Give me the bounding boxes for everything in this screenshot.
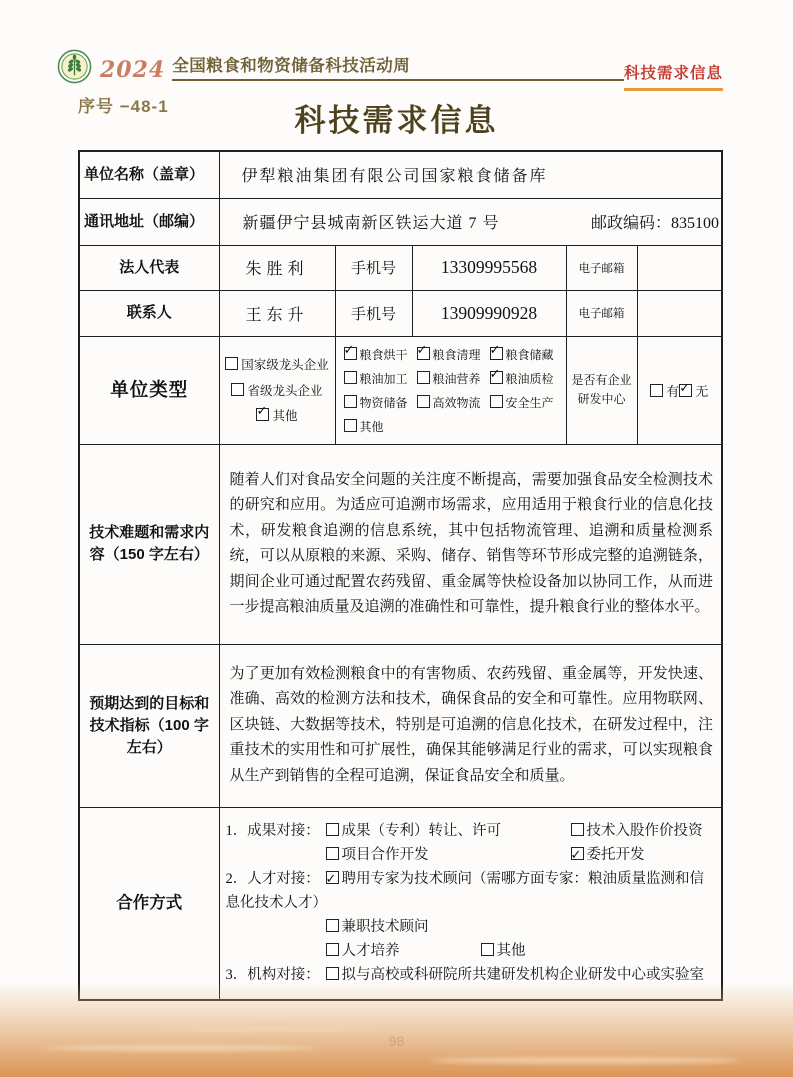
expected-goal-text: 为了更加有效检测粮食中的有害物质、农药残留、重金属等，开发快速、准确、高效的检测…	[219, 644, 722, 807]
option-label: 其他	[272, 409, 297, 423]
checkbox-unchecked-icon[interactable]	[326, 919, 339, 932]
checkbox-option: 成果（专利）转让、许可	[326, 819, 571, 843]
field-streak	[45, 1045, 315, 1051]
checkbox-unchecked-icon[interactable]	[231, 383, 244, 396]
cooperation-prefix: 1．成果对接：	[226, 819, 326, 843]
cooperation-line: 兼职技术顾问	[226, 915, 718, 939]
checkbox-checked-icon[interactable]	[571, 847, 584, 860]
checkbox-option: 无	[679, 384, 708, 399]
option-label: 成果（专利）转让、许可	[342, 823, 502, 839]
checkbox-checked-icon[interactable]	[490, 347, 503, 360]
checkbox-unchecked-icon[interactable]	[225, 357, 238, 370]
contact-label: 联系人	[79, 290, 219, 336]
contact-email-label: 电子邮箱	[566, 290, 637, 336]
cooperation-options: 1．成果对接：成果（专利）转让、许可技术入股作价投资项目合作开发委托开发2．人才…	[219, 807, 722, 1000]
option-label: 粮食储藏	[506, 348, 554, 362]
checkbox-option: 粮食清理	[417, 347, 490, 362]
checkbox-option: 有	[650, 384, 679, 399]
legal-rep-email-label: 电子邮箱	[566, 245, 637, 290]
checkbox-checked-icon[interactable]	[490, 371, 503, 384]
unit-level-option-row: 其他	[220, 403, 335, 429]
checkbox-option: 拟与高校或科研院所共建研发机构企业研发中心或实验室	[326, 967, 705, 983]
checkbox-option: 项目合作开发	[326, 843, 571, 867]
unit-name-value: 伊犁粮油集团有限公司国家粮食储备库	[219, 151, 722, 198]
checkbox-checked-icon[interactable]	[417, 347, 430, 360]
checkbox-option: 粮食储藏	[490, 347, 563, 362]
checkbox-option: 其他	[481, 943, 526, 959]
option-label: 粮油加工	[360, 372, 408, 386]
bottom-gradient-art	[0, 982, 793, 1077]
cooperation-line: 2．人才对接：聘用专家为技术顾问（需哪方面专家：粮油质量监测和信息化技术人才）	[226, 867, 718, 915]
postal-code: 邮政编码：835100	[591, 210, 720, 233]
option-label: 粮油营养	[433, 372, 481, 386]
checkbox-unchecked-icon[interactable]	[344, 419, 357, 432]
table-row: 技术难题和需求内容（150 字左右） 随着人们对食品安全问题的关注度不断提高，需…	[79, 444, 722, 644]
legal-rep-phone-label: 手机号	[335, 245, 412, 290]
table-row: 合作方式 1．成果对接：成果（专利）转让、许可技术入股作价投资项目合作开发委托开…	[79, 807, 722, 1000]
event-title: 全国粮食和物资储备科技活动周	[172, 57, 410, 81]
rd-center-label: 是否有企业研发中心	[566, 336, 637, 444]
cooperation-label: 合作方式	[79, 807, 219, 1000]
checkbox-option: 粮油营养	[417, 371, 490, 386]
contact-phone-label: 手机号	[335, 290, 412, 336]
checkbox-option: 其他	[344, 419, 417, 434]
checkbox-option: 粮油加工	[344, 371, 417, 386]
checkbox-unchecked-icon[interactable]	[490, 395, 503, 408]
contact-name: 王东升	[219, 290, 335, 336]
option-label: 安全生产	[506, 396, 554, 410]
tech-demand-label: 技术难题和需求内容（150 字左右）	[79, 444, 219, 644]
option-label: 粮食清理	[433, 348, 481, 362]
option-label: 人才培养	[342, 943, 400, 959]
legal-rep-label: 法人代表	[79, 245, 219, 290]
legal-rep-name: 朱胜利	[219, 245, 335, 290]
option-label: 有	[666, 384, 679, 399]
table-row: 单位名称（盖章） 伊犁粮油集团有限公司国家粮食储备库	[79, 151, 722, 198]
checkbox-unchecked-icon[interactable]	[481, 943, 494, 956]
checkbox-option: 国家级龙头企业	[225, 358, 329, 372]
demand-info-table: 单位名称（盖章） 伊犁粮油集团有限公司国家粮食储备库 通讯地址（邮编） 新疆伊宁…	[78, 150, 723, 1001]
checkbox-unchecked-icon[interactable]	[326, 847, 339, 860]
document-page: 2024 全国粮食和物资储备科技活动周 科技需求信息 序号 −48-1 科技需求…	[0, 0, 793, 1077]
tech-demand-text: 随着人们对食品安全问题的关注度不断提高，需要加强食品安全检测技术的研究和应用。为…	[219, 444, 722, 644]
cooperation-line: 人才培养其他	[226, 939, 718, 963]
address-value: 新疆伊宁县城南新区铁运大道 7 号	[221, 210, 500, 233]
checkbox-option: 物资储备	[344, 395, 417, 410]
table-row: 联系人 王东升 手机号 13909990928 电子邮箱	[79, 290, 722, 336]
checkbox-checked-icon[interactable]	[344, 347, 357, 360]
checkbox-option: 技术入股作价投资	[571, 823, 703, 839]
header-rule	[410, 79, 624, 82]
table-row: 法人代表 朱胜利 手机号 13309995568 电子邮箱	[79, 245, 722, 290]
option-label: 技术入股作价投资	[587, 823, 703, 839]
table-row: 预期达到的目标和技术指标（100 字左右） 为了更加有效检测粮食中的有害物质、农…	[79, 644, 722, 807]
wheat-emblem-icon	[57, 49, 92, 84]
checkbox-option: 省级龙头企业	[231, 384, 322, 398]
cooperation-prefix: 2．人才对接：	[226, 867, 326, 891]
unit-name-label: 单位名称（盖章）	[79, 151, 219, 198]
checkbox-unchecked-icon[interactable]	[571, 823, 584, 836]
checkbox-option: 安全生产	[490, 395, 563, 410]
checkbox-option: 人才培养	[326, 939, 481, 963]
checkbox-unchecked-icon[interactable]	[417, 371, 430, 384]
checkbox-unchecked-icon[interactable]	[326, 967, 339, 980]
option-label: 无	[695, 384, 708, 399]
table-row: 单位类型 国家级龙头企业省级龙头企业其他 粮食烘干粮食清理粮食储藏粮油加工粮油营…	[79, 336, 722, 444]
option-label: 兼职技术顾问	[342, 919, 429, 935]
option-label: 委托开发	[587, 847, 645, 863]
checkbox-unchecked-icon[interactable]	[417, 395, 430, 408]
option-label: 省级龙头企业	[247, 384, 322, 398]
event-year: 2024	[100, 59, 165, 81]
field-streak	[430, 1057, 740, 1064]
checkbox-option: 粮食烘干	[344, 347, 417, 362]
address-row: 新疆伊宁县城南新区铁运大道 7 号 邮政编码：835100	[221, 210, 721, 233]
checkbox-unchecked-icon[interactable]	[650, 384, 663, 397]
field-streak	[160, 1027, 380, 1032]
option-label: 项目合作开发	[342, 847, 429, 863]
option-label: 粮油质检	[506, 372, 554, 386]
option-label: 其他	[360, 420, 384, 434]
option-label: 其他	[497, 943, 526, 959]
contact-phone-value: 13909990928	[412, 290, 566, 336]
checkbox-checked-icon[interactable]	[679, 384, 692, 397]
legal-rep-email-value	[637, 245, 722, 290]
option-label: 拟与高校或科研院所共建研发机构企业研发中心或实验室	[342, 967, 705, 983]
unit-level-option-row: 国家级龙头企业	[220, 352, 335, 378]
checkbox-checked-icon[interactable]	[256, 408, 269, 421]
expected-goal-label: 预期达到的目标和技术指标（100 字左右）	[79, 644, 219, 807]
page-title: 科技需求信息	[0, 95, 793, 140]
option-label: 粮食烘干	[360, 348, 408, 362]
option-label: 国家级龙头企业	[241, 358, 329, 372]
contact-email-value	[637, 290, 722, 336]
option-label: 高效物流	[433, 396, 481, 410]
unit-type-label: 单位类型	[79, 336, 219, 444]
checkbox-unchecked-icon[interactable]	[344, 371, 357, 384]
rd-center-options: 有无	[637, 336, 722, 444]
checkbox-checked-icon[interactable]	[326, 871, 339, 884]
checkbox-option: 其他	[256, 409, 297, 423]
checkbox-unchecked-icon[interactable]	[326, 823, 339, 836]
table-row: 通讯地址（邮编） 新疆伊宁县城南新区铁运大道 7 号 邮政编码：835100	[79, 198, 722, 245]
checkbox-option: 委托开发	[571, 847, 645, 863]
cooperation-line: 1．成果对接：成果（专利）转让、许可技术入股作价投资	[226, 819, 718, 843]
header-corner-label: 科技需求信息	[624, 61, 723, 91]
page-header: 2024 全国粮食和物资储备科技活动周 科技需求信息	[57, 49, 723, 81]
checkbox-option: 高效物流	[417, 395, 490, 410]
checkbox-option: 粮油质检	[490, 371, 563, 386]
cooperation-line: 项目合作开发委托开发	[226, 843, 718, 867]
business-scope-options: 粮食烘干粮食清理粮食储藏粮油加工粮油营养粮油质检物资储备高效物流安全生产其他	[337, 338, 565, 443]
legal-rep-phone-value: 13309995568	[412, 245, 566, 290]
unit-level-option-row: 省级龙头企业	[220, 377, 335, 403]
checkbox-unchecked-icon[interactable]	[344, 395, 357, 408]
unit-level-options: 国家级龙头企业省级龙头企业其他	[219, 336, 335, 444]
checkbox-unchecked-icon[interactable]	[326, 943, 339, 956]
checkbox-option: 兼职技术顾问	[326, 919, 429, 935]
option-label: 物资储备	[360, 396, 408, 410]
address-label: 通讯地址（邮编）	[79, 198, 219, 245]
